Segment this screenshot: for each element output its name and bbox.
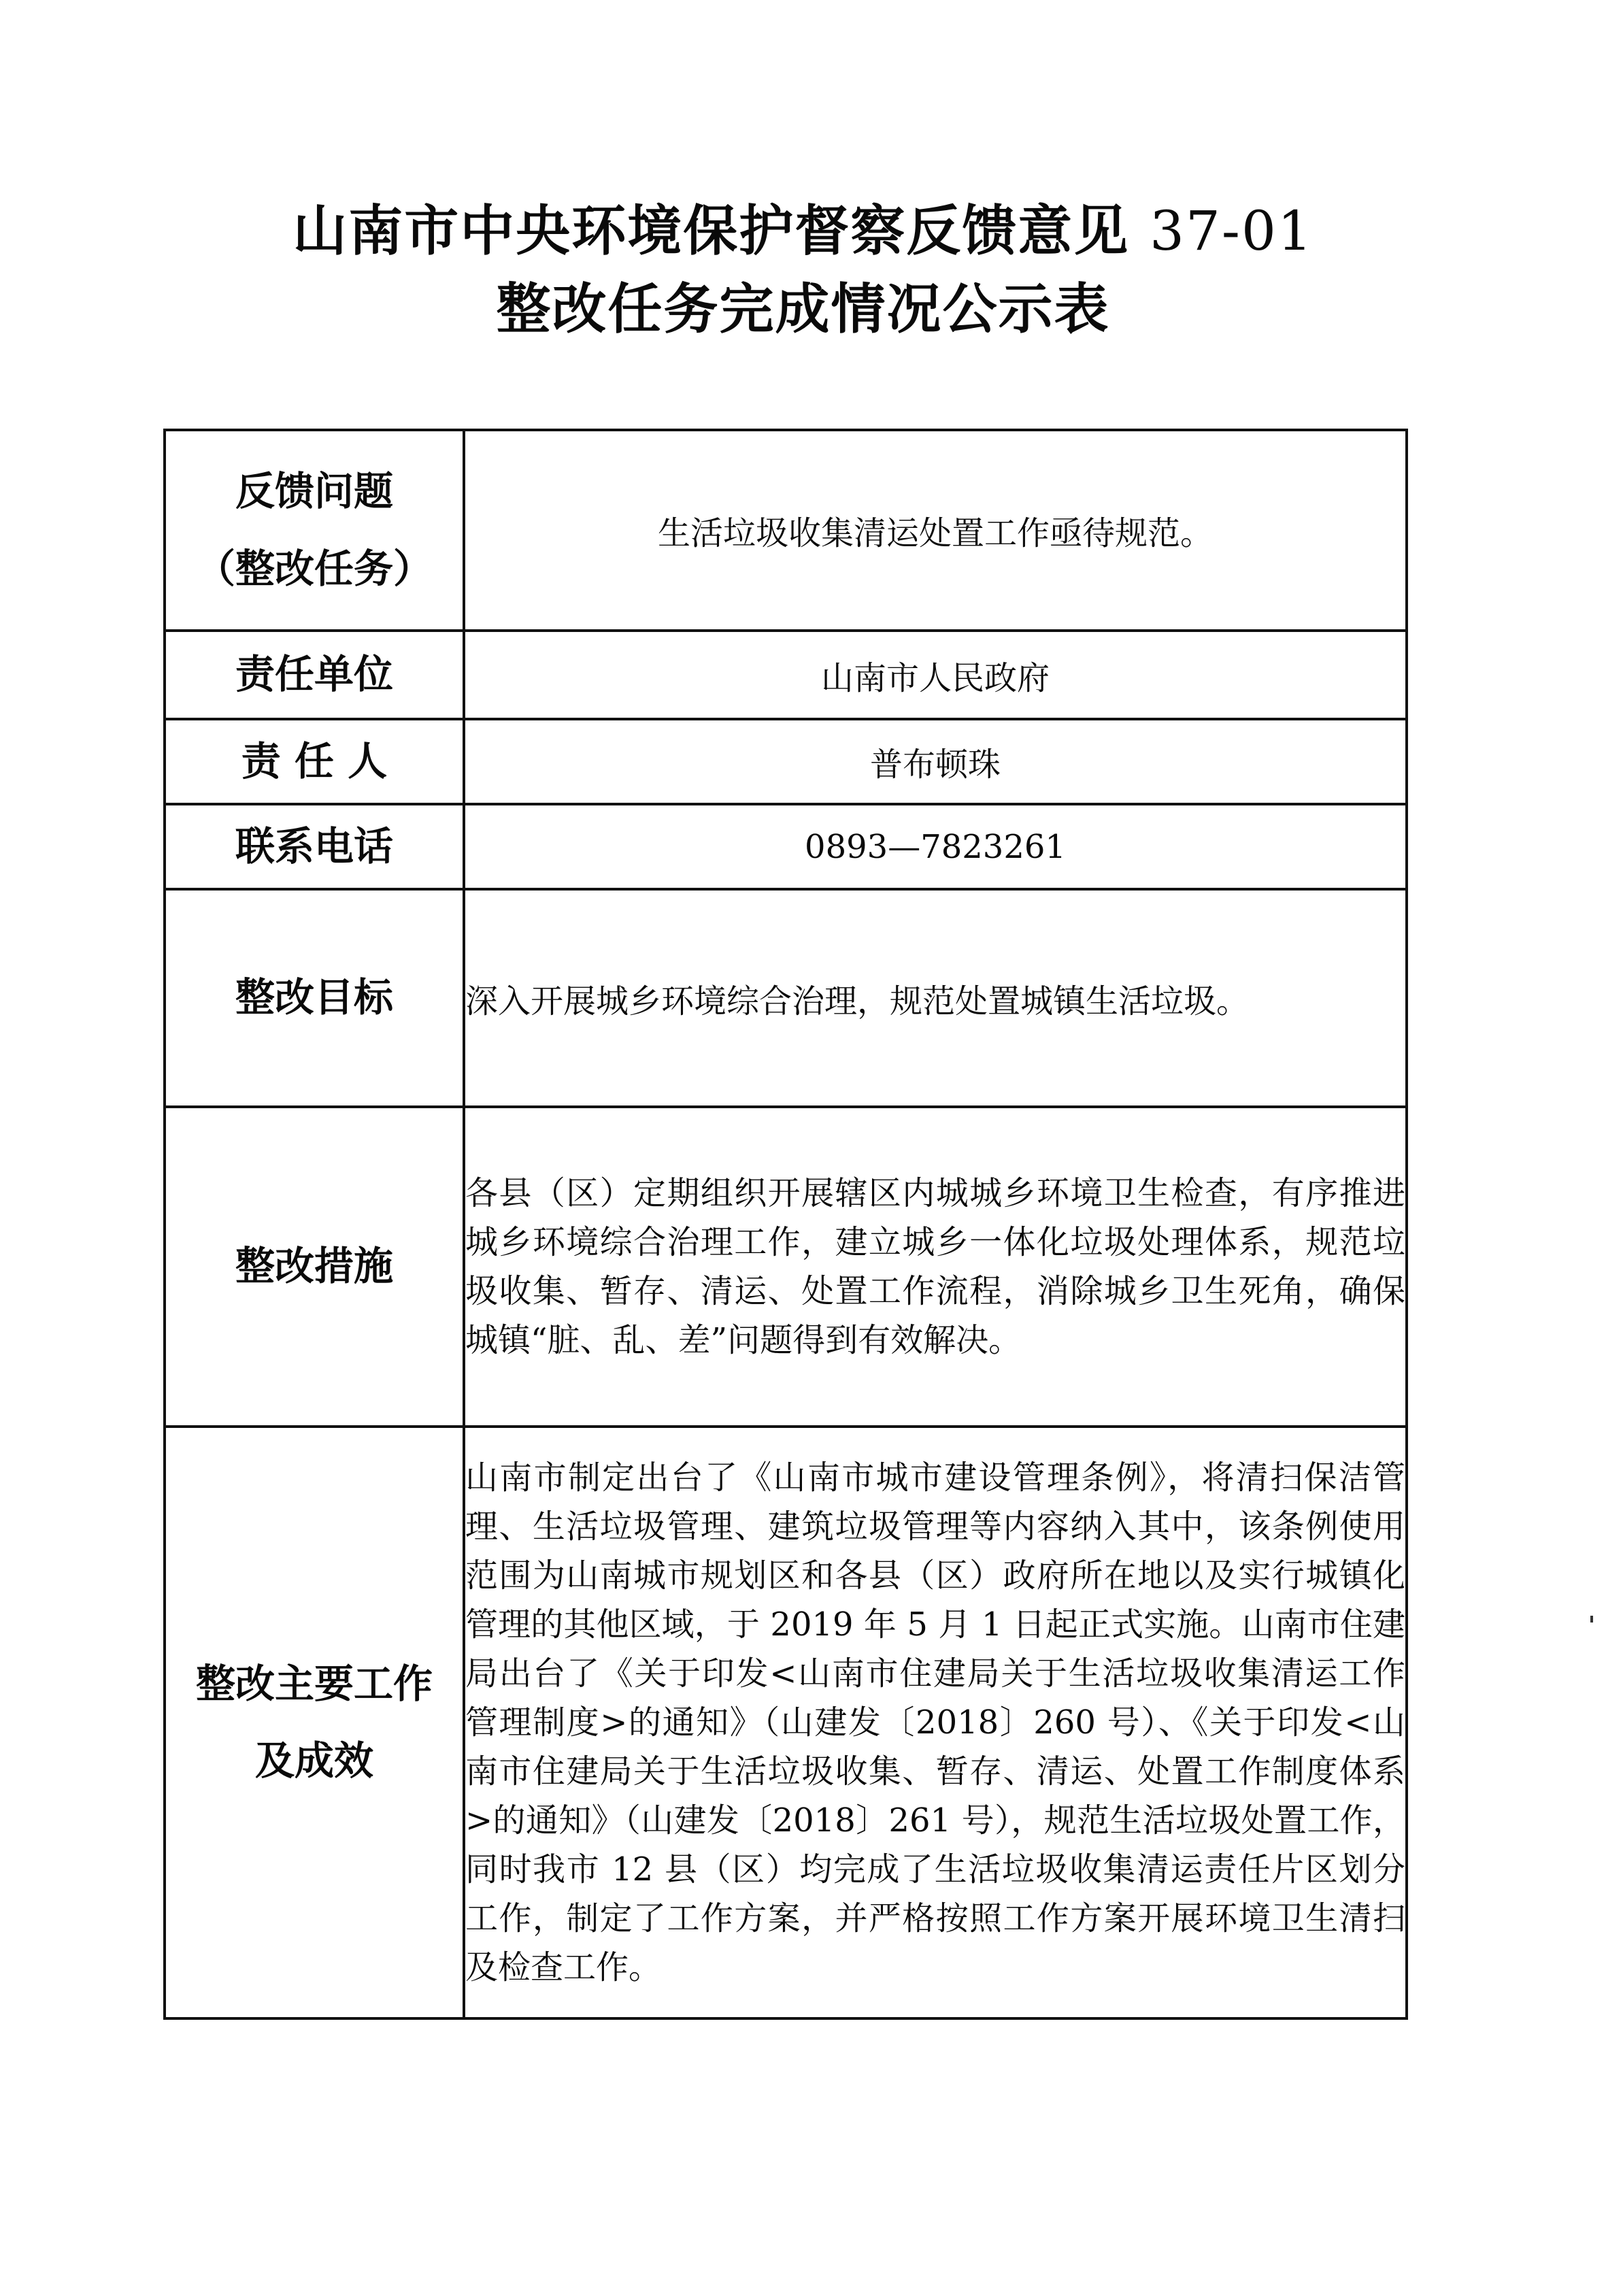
- label-responsible-unit: 责任单位: [165, 631, 464, 719]
- label-main-work-results: 整改主要工作 及成效: [165, 1427, 464, 2018]
- table-row-goal: 整改目标 深入开展城乡环境综合治理，规范处置城镇生活垃圾。: [165, 889, 1407, 1107]
- value-responsible-person: 普布顿珠: [464, 719, 1407, 804]
- value-contact-phone: 0893—7823261: [464, 804, 1407, 889]
- title-text: 山南市中央环境保护督察反馈意见: [292, 199, 1129, 263]
- label-goal: 整改目标: [165, 889, 464, 1107]
- title-code: 37-01: [1150, 199, 1314, 263]
- document-title-line-2: 整改任务完成情况公示表: [0, 282, 1606, 337]
- label-measures: 整改措施: [165, 1107, 464, 1427]
- value-main-work-results: 山南市制定出台了《山南市城市建设管理条例》，将清扫保洁管理、生活垃圾管理、建筑垃…: [464, 1427, 1407, 2018]
- table-row-responsible-person: 责 任 人 普布顿珠: [165, 719, 1407, 804]
- value-measures: 各县（区）定期组织开展辖区内城城乡环境卫生检查，有序推进城乡环境综合治理工作，建…: [464, 1107, 1407, 1427]
- table-row-contact-phone: 联系电话 0893—7823261: [165, 804, 1407, 889]
- table-row-responsible-unit: 责任单位 山南市人民政府: [165, 631, 1407, 719]
- label-line: 整改主要工作: [166, 1646, 463, 1723]
- label-responsible-person: 责 任 人: [165, 719, 464, 804]
- document-title-line-1: 山南市中央环境保护督察反馈意见 37-01: [0, 204, 1606, 259]
- label-feedback-issue: 反馈问题 （整改任务）: [165, 430, 464, 631]
- rectification-table: 反馈问题 （整改任务） 生活垃圾收集清运处置工作亟待规范。 责任单位 山南市人民…: [163, 429, 1408, 2020]
- value-feedback-issue: 生活垃圾收集清运处置工作亟待规范。: [464, 430, 1407, 631]
- label-line: （整改任务）: [166, 531, 463, 608]
- label-contact-phone: 联系电话: [165, 804, 464, 889]
- table-row-main-work-results: 整改主要工作 及成效 山南市制定出台了《山南市城市建设管理条例》，将清扫保洁管理…: [165, 1427, 1407, 2018]
- label-line: 反馈问题: [166, 453, 463, 530]
- value-goal: 深入开展城乡环境综合治理，规范处置城镇生活垃圾。: [464, 889, 1407, 1107]
- table-row-feedback-issue: 反馈问题 （整改任务） 生活垃圾收集清运处置工作亟待规范。: [165, 430, 1407, 631]
- value-responsible-unit: 山南市人民政府: [464, 631, 1407, 719]
- label-line: 及成效: [166, 1723, 463, 1799]
- table-row-measures: 整改措施 各县（区）定期组织开展辖区内城城乡环境卫生检查，有序推进城乡环境综合治…: [165, 1107, 1407, 1427]
- scan-artifact: [1590, 1616, 1593, 1623]
